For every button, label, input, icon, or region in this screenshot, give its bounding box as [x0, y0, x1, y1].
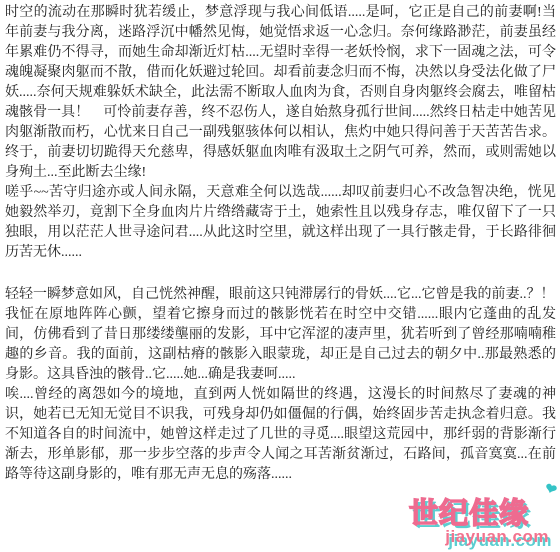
document-page: 时空的流动在那瞬时犹若缓止，梦意浮现与我心间低语.....是呵，它正是自己的前妻…: [0, 0, 560, 552]
jiayuan-watermark: 世纪佳缘 世纪佳缘 ❤ jiayuan.com jiayuan.com: [408, 490, 554, 548]
watermark-url-text: jiayuan.com: [445, 527, 549, 547]
paragraph-2: 嗟乎~~苦守归途亦或人间永隔，天意难全何以选哉......却叹前妻归心不改急智决…: [5, 183, 556, 263]
paragraph-1: 时空的流动在那瞬时犹若缓止，梦意浮现与我心间低语.....是呵，它正是自己的前妻…: [5, 3, 556, 183]
paragraph-3: 轻轻一瞬梦意如风，自己恍然神醒，眼前这只钝滞孱行的骨妖....它...它曾是我的…: [5, 285, 556, 305]
watermark-url: jiayuan.com jiayuan.com: [408, 527, 554, 547]
watermark-brand: 世纪佳缘 世纪佳缘 ❤: [408, 490, 554, 524]
watermark-brand-shadow: 世纪佳缘: [412, 494, 532, 535]
paragraph-5: 唉....曾经的离怨如今的境地，直到两人恍如隔世的终遇，这漫长的时间熬尽了妻魂的…: [5, 385, 556, 485]
story-text: 时空的流动在那瞬时犹若缓止，梦意浮现与我心间低语.....是呵，它正是自己的前妻…: [0, 0, 560, 485]
paragraph-4: 我怔在原地阵阵心颤，望着它擦身而过的骸影恍若在时空中交错......眼内它蓬曲的…: [5, 305, 556, 385]
watermark-brand-text: 世纪佳缘: [409, 491, 529, 532]
watermark-url-shadow: jiayuan.com: [448, 531, 552, 551]
